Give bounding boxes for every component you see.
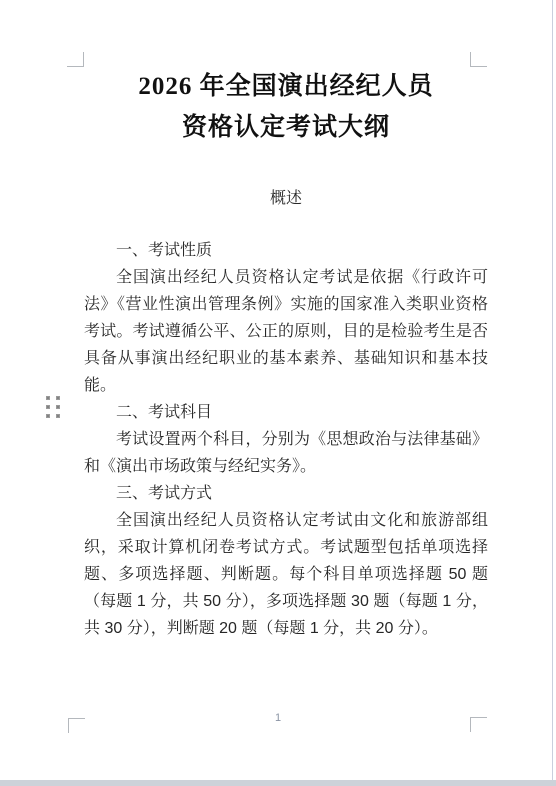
drag-handle-dot	[46, 396, 50, 400]
section-heading[interactable]: 二、考试科目	[84, 399, 488, 426]
page-number: 1	[0, 712, 556, 724]
section-heading[interactable]: 一、考试性质	[84, 237, 488, 264]
document-subtitle[interactable]: 概述	[84, 185, 488, 212]
document-title-line2: 资格认定考试大纲	[84, 107, 488, 148]
document-body: 一、考试性质 全国演出经纪人员资格认定考试是依据《行政许可法》《营业性演出管理条…	[84, 237, 488, 642]
page-bottom-bar	[0, 780, 556, 786]
drag-handle-dot	[56, 414, 60, 418]
drag-handle-dot	[46, 405, 50, 409]
section-paragraph[interactable]: 全国演出经纪人员资格认定考试是依据《行政许可法》《营业性演出管理条例》实施的国家…	[84, 264, 488, 399]
margin-corner-mark-top-right	[470, 52, 487, 67]
section-heading[interactable]: 三、考试方式	[84, 480, 488, 507]
drag-handle-dot	[56, 405, 60, 409]
section-paragraph[interactable]: 考试设置两个科目，分别为《思想政治与法律基础》和《演出市场政策与经纪实务》。	[84, 426, 488, 480]
document-title-line1: 2026 年全国演出经纪人员	[84, 66, 488, 107]
margin-corner-mark-top-left	[67, 52, 84, 67]
section-paragraph[interactable]: 全国演出经纪人员资格认定考试由文化和旅游部组织，采取计算机闭卷考试方式。考试题型…	[84, 507, 488, 642]
page-right-edge-line	[552, 0, 553, 780]
drag-handle-dot	[46, 414, 50, 418]
drag-handle-dot	[56, 396, 60, 400]
document-title[interactable]: 2026 年全国演出经纪人员 资格认定考试大纲	[84, 66, 488, 148]
drag-handle-icon[interactable]	[46, 396, 63, 423]
